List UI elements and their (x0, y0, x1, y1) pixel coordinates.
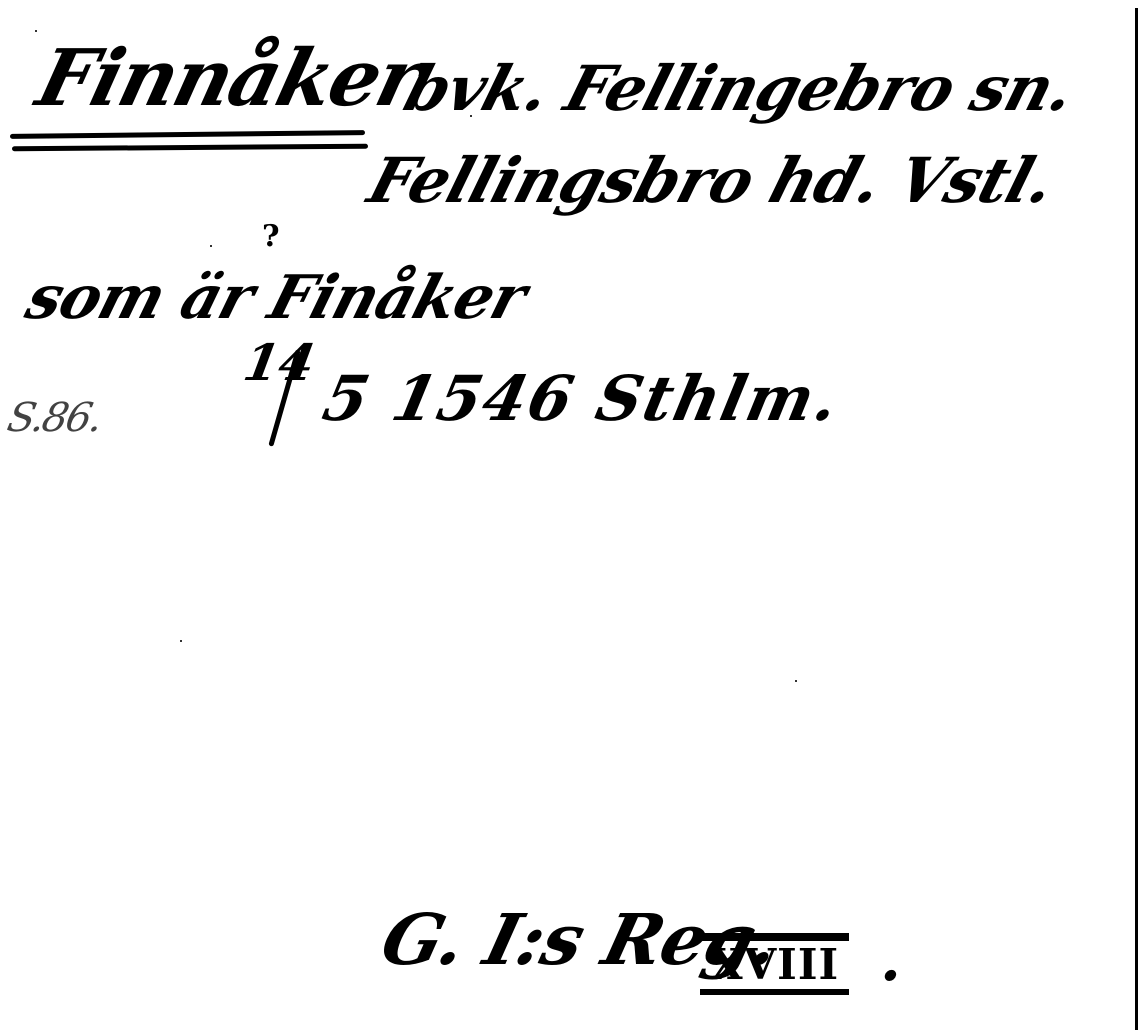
card-right-edge (1135, 8, 1138, 1030)
date-day: 14 (240, 338, 318, 388)
query-mark: ? (262, 222, 280, 252)
location-line-1: bvk. Fellingebro sn. (398, 58, 1080, 120)
index-card: Finnåker bvk. Fellingebro sn. Fellingsbr… (0, 0, 1141, 1030)
date-month-year-place: 5 1546 Sthlm. (318, 368, 845, 430)
identification-line: som är Finåker (20, 268, 532, 328)
scan-speck (180, 640, 182, 642)
heading-place-name: Finnåker (30, 40, 427, 118)
location-line-2: Fellingsbro hd. Vstl. (362, 150, 1060, 212)
register-volume: XVIII (700, 933, 849, 995)
scan-speck (35, 30, 37, 32)
heading-underline-top (10, 130, 365, 139)
heading-underline-bottom (12, 144, 368, 151)
reference-period: . (880, 930, 901, 990)
scan-speck (210, 245, 212, 247)
margin-page-note: S.86. (4, 398, 105, 438)
scan-speck (795, 680, 797, 682)
scan-speck (470, 115, 472, 117)
